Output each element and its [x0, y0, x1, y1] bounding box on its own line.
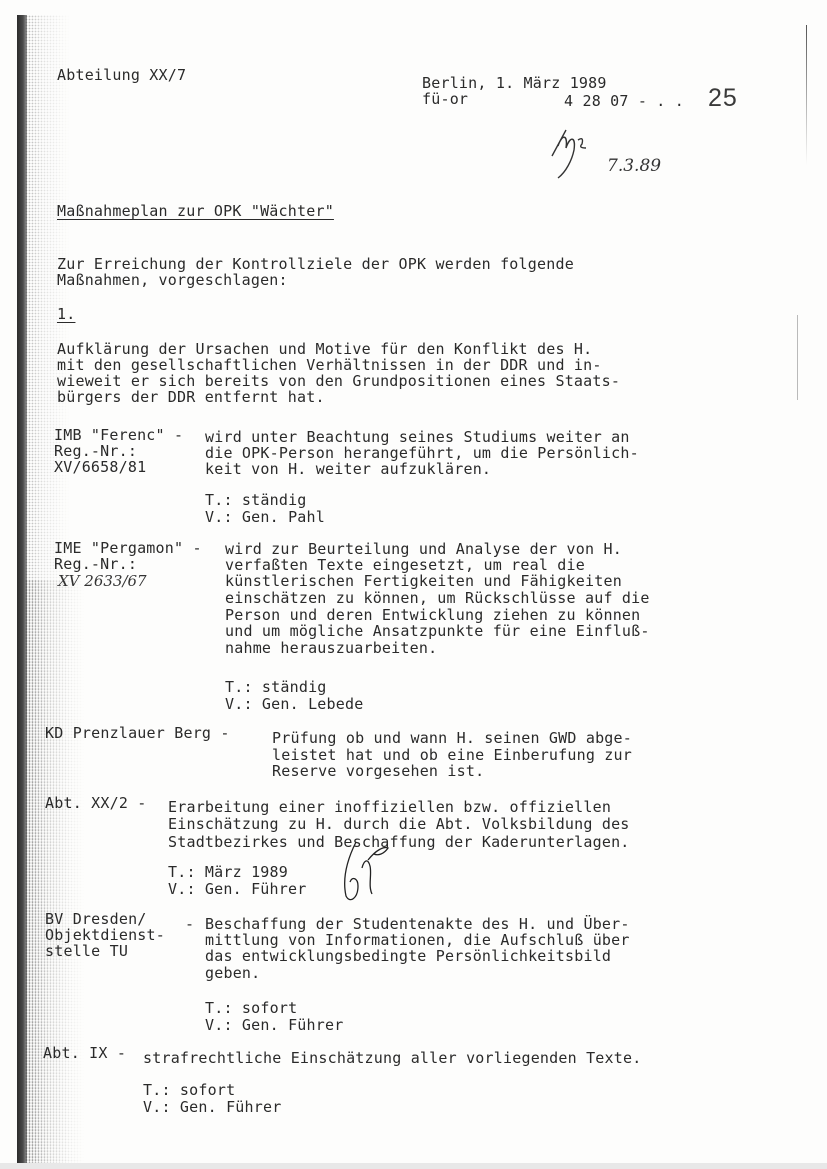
handwritten-date: 7.3.89 — [607, 156, 661, 176]
objective-line-1: Aufklärung der Ursachen und Motive für d… — [57, 341, 592, 357]
measure-text-line: Beschaffung der Studentenakte des H. und… — [205, 916, 630, 932]
document-page: Abteilung XX/7 Berlin, 1. März 1989 fü-o… — [0, 0, 827, 1169]
measure-text-line: Prüfung ob und wann H. seinen GWD abge- — [272, 730, 632, 746]
measure-verantwortlich: V.: Gen. Lebede — [225, 696, 363, 712]
measure-responsible: Objektdienst- — [45, 927, 165, 943]
page-number: 25 — [708, 84, 738, 113]
section-number: 1. — [57, 306, 75, 322]
handwritten-signature-icon — [338, 838, 398, 908]
measure-termin: T.: sofort — [143, 1082, 235, 1098]
reference-number: 4 28 07 - . . — [564, 93, 684, 109]
measure-termin: T.: ständig — [205, 492, 307, 508]
place-date: Berlin, 1. März 1989 — [422, 75, 607, 91]
measure-reg-number: XV/6658/81 — [54, 459, 146, 475]
measure-responsible: stelle TU — [45, 943, 128, 959]
measure-text-line: die OPK-Person herangeführt, um die Pers… — [205, 445, 639, 461]
measure-text-line: und um mögliche Ansatzpunkte für eine Ei… — [225, 623, 650, 639]
department-label: Abteilung XX/7 — [57, 67, 186, 83]
measure-text-line: wird unter Beachtung seines Studiums wei… — [205, 429, 630, 445]
measure-text-line: das entwicklungsbedingte Persönlichkeits… — [205, 948, 611, 964]
handwritten-initials-icon — [548, 126, 608, 186]
measure-responsible: KD Prenzlauer Berg - — [45, 725, 230, 741]
measure-verantwortlich: V.: Gen. Führer — [168, 881, 306, 897]
measure-reg-label: Reg.-Nr.: — [54, 443, 137, 459]
intro-line-1: Zur Erreichung der Kontrollziele der OPK… — [57, 256, 574, 272]
scan-right-line — [806, 25, 807, 165]
measure-text-line: Einschätzung zu H. durch die Abt. Volksb… — [168, 816, 630, 832]
scan-edge-noise-lower — [25, 580, 85, 1165]
measure-text-line: verfaßten Texte eingesetzt, um real die — [225, 557, 585, 573]
measure-text-line: Reserve vorgesehen ist. — [272, 763, 484, 779]
measure-verantwortlich: V.: Gen. Führer — [143, 1099, 281, 1115]
measure-text-line: mittlung von Informationen, die Aufschlu… — [205, 932, 630, 948]
measure-responsible: Abt. XX/2 - — [45, 795, 147, 811]
measure-text-line: strafrechtliche Einschätzung aller vorli… — [143, 1050, 641, 1066]
page-title: Maßnahmeplan zur OPK "Wächter" — [57, 203, 334, 219]
measure-responsible: IMB "Ferenc" - — [54, 427, 183, 443]
measure-responsible: Abt. IX - — [43, 1045, 126, 1061]
measure-responsible: BV Dresden/ — [45, 911, 147, 927]
objective-line-4: bürgers der DDR entfernt hat. — [57, 389, 325, 405]
intro-line-2: Maßnahmen, vorgeschlagen: — [57, 272, 288, 288]
measure-text-line: einschätzen zu können, um Rückschlüsse a… — [225, 590, 650, 606]
initials: fü-or — [422, 91, 468, 107]
measure-termin: T.: sofort — [205, 1000, 297, 1016]
measure-dash: - — [185, 916, 194, 932]
measure-text-line: Stadtbezirkes und Beschaffung der Kaderu… — [168, 834, 630, 850]
measure-reg-label: Reg.-Nr.: — [54, 556, 137, 572]
objective-line-3: wieweit er sich bereits von den Grundpos… — [57, 373, 620, 389]
measure-text-line: künstlerischen Fertigkeiten und Fähigkei… — [225, 573, 622, 589]
measure-reg-number-handwritten: XV 2633/67 — [58, 572, 147, 590]
scan-right-line-lower — [797, 315, 798, 400]
measure-text-line: keit von H. weiter aufzuklären. — [205, 461, 491, 477]
objective-line-2: mit den gesellschaftlichen Verhältnissen… — [57, 357, 602, 373]
measure-termin: T.: ständig — [225, 679, 327, 695]
measure-text-line: Erarbeitung einer inoffiziellen bzw. off… — [168, 799, 611, 815]
scan-bottom-band — [0, 1163, 827, 1169]
measure-text-line: wird zur Beurteilung und Analyse der von… — [225, 541, 622, 557]
measure-termin: T.: März 1989 — [168, 864, 288, 880]
measure-responsible: IME "Pergamon" - — [54, 540, 202, 556]
measure-text-line: Person und deren Entwicklung ziehen zu k… — [225, 607, 640, 623]
measure-verantwortlich: V.: Gen. Führer — [205, 1017, 343, 1033]
measure-text-line: leistet hat und ob eine Einberufung zur — [272, 747, 632, 763]
measure-text-line: geben. — [205, 965, 260, 981]
measure-text-line: nahme herauszuarbeiten. — [225, 640, 437, 656]
measure-verantwortlich: V.: Gen. Pahl — [205, 509, 325, 525]
